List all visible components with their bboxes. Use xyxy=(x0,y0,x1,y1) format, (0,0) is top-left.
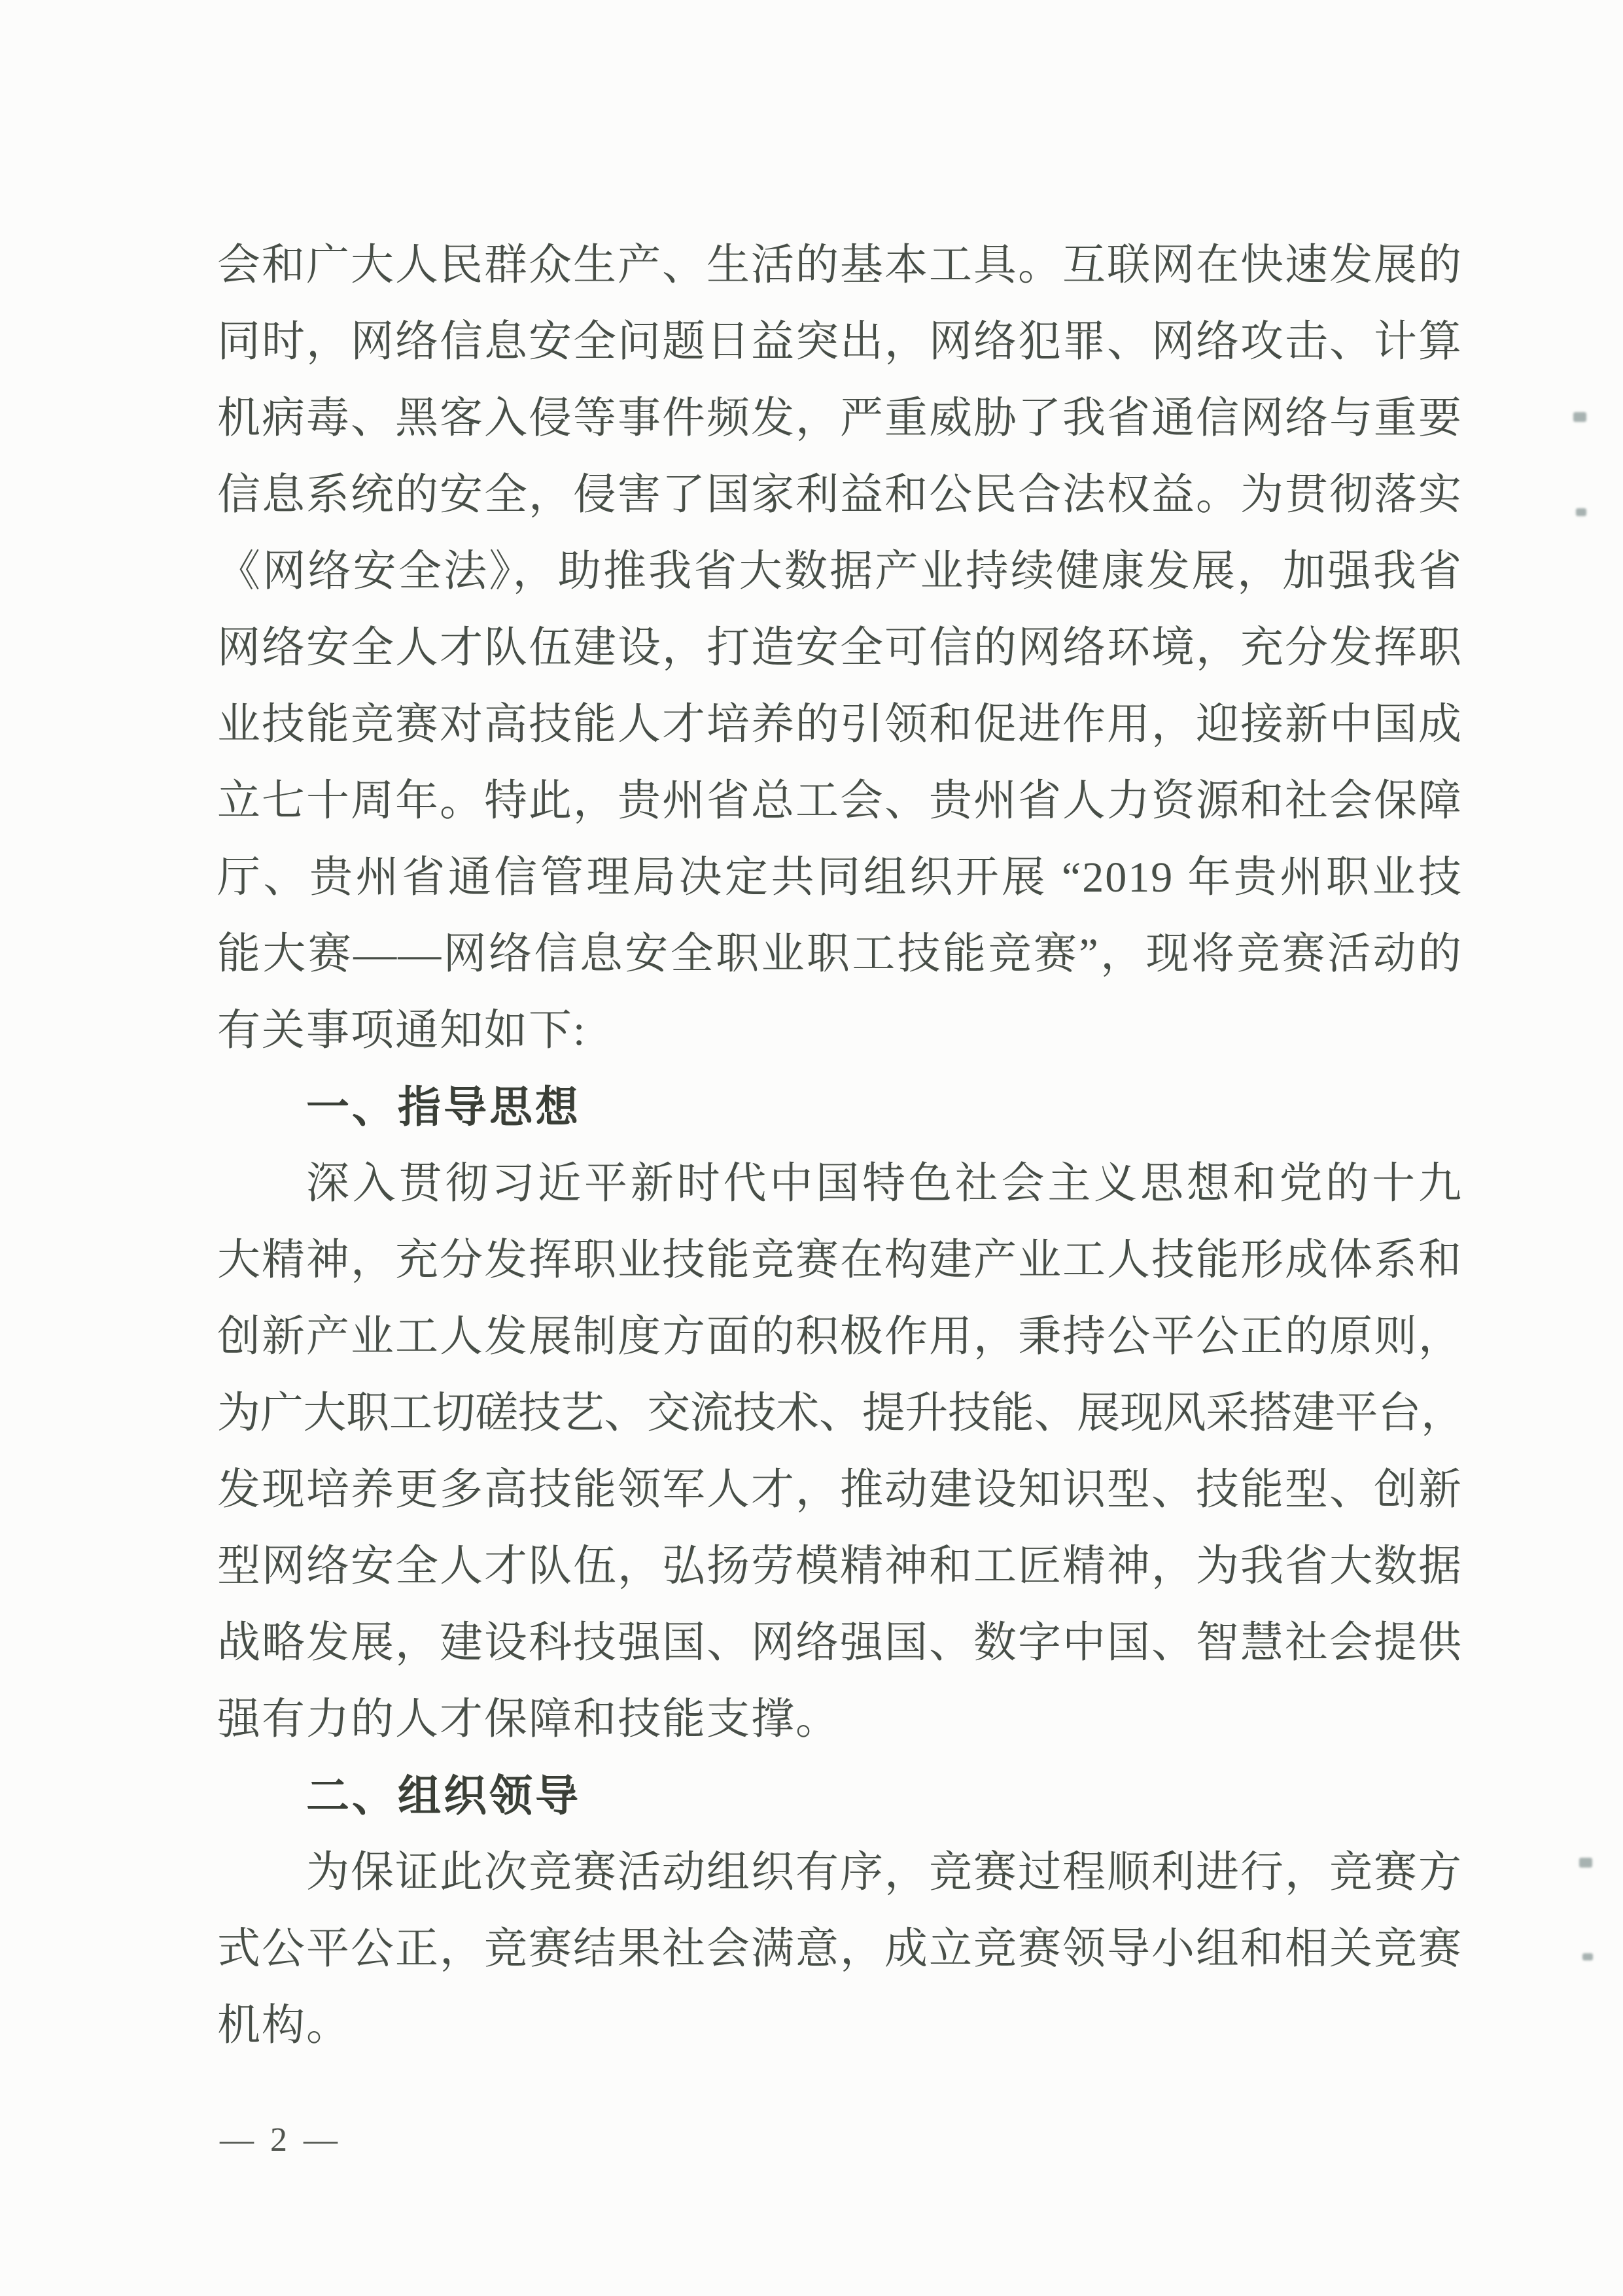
section-heading-1: 一、指导思想 xyxy=(217,1069,1463,1145)
body-line: 大精神，充分发挥职业技能竞赛在构建产业工人技能形成体系和 xyxy=(217,1222,1463,1298)
section-heading-2: 二、组织领导 xyxy=(217,1758,1463,1834)
body-line: 网络安全人才队伍建设，打造安全可信的网络环境，充分发挥职 xyxy=(217,610,1463,686)
page-number: — 2 — xyxy=(220,2121,341,2159)
body-line: 深入贯彻习近平新时代中国特色社会主义思想和党的十九 xyxy=(217,1145,1463,1222)
body-line: 强有力的人才保障和技能支撑。 xyxy=(217,1681,1463,1758)
body-line: 立七十周年。特此，贵州省总工会、贵州省人力资源和社会保障 xyxy=(217,763,1463,839)
body-line: 会和广大人民群众生产、生活的基本工具。互联网在快速发展的 xyxy=(217,227,1463,304)
body-line: 创新产业工人发展制度方面的积极作用，秉持公平公正的原则， xyxy=(217,1298,1463,1375)
body-line: 《网络安全法》，助推我省大数据产业持续健康发展，加强我省 xyxy=(217,533,1463,610)
body-line: 式公平公正，竞赛结果社会满意，成立竞赛领导小组和相关竞赛 xyxy=(217,1911,1463,1987)
body-line: 战略发展，建设科技强国、网络强国、数字中国、智慧社会提供 xyxy=(217,1605,1463,1681)
body-line: 厅、贵州省通信管理局决定共同组织开展 “2019 年贵州职业技 xyxy=(217,839,1463,916)
body-line: 有关事项通知如下: xyxy=(217,992,1463,1069)
scan-speck xyxy=(1579,1858,1592,1868)
body-line: 机病毒、黑客入侵等事件频发，严重威胁了我省通信网络与重要 xyxy=(217,380,1463,457)
scan-speck xyxy=(1582,1953,1593,1960)
body-line: 型网络安全人才队伍，弘扬劳模精神和工匠精神，为我省大数据 xyxy=(217,1528,1463,1605)
body-line: 为广大职工切磋技艺、交流技术、提升技能、展现风采搭建平台， xyxy=(217,1375,1463,1452)
scan-speck xyxy=(1576,508,1586,516)
scanned-document-page: 会和广大人民群众生产、生活的基本工具。互联网在快速发展的 同时，网络信息安全问题… xyxy=(0,0,1623,2296)
body-line: 能大赛——网络信息安全职业职工技能竞赛”，现将竞赛活动的 xyxy=(217,916,1463,992)
body-line: 同时，网络信息安全问题日益突出，网络犯罪、网络攻击、计算 xyxy=(217,304,1463,380)
scan-speck xyxy=(1573,412,1586,422)
body-line: 业技能竞赛对高技能人才培养的引领和促进作用，迎接新中国成 xyxy=(217,686,1463,763)
body-line: 发现培养更多高技能领军人才，推动建设知识型、技能型、创新 xyxy=(217,1452,1463,1528)
body-line: 机构。 xyxy=(217,1987,1463,2064)
document-body: 会和广大人民群众生产、生活的基本工具。互联网在快速发展的 同时，网络信息安全问题… xyxy=(217,227,1463,2064)
body-line: 信息系统的安全，侵害了国家利益和公民合法权益。为贯彻落实 xyxy=(217,457,1463,533)
body-line: 为保证此次竞赛活动组织有序，竞赛过程顺利进行，竞赛方 xyxy=(217,1834,1463,1911)
